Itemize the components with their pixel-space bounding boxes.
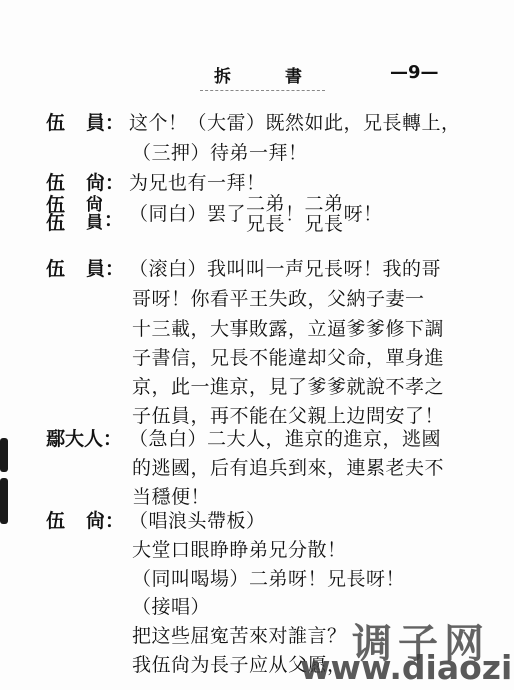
watermark-url: www.diaozi.com [300,648,514,687]
alt-bottom: 兄長 [305,214,344,234]
speaker-name: 尙 [86,196,103,214]
header-title-right: 書 [285,62,302,87]
dialogue-suffix: 呀！ [344,203,383,225]
dialogue-line-stacked: （同白）罢了二弟兄長！二弟兄長呀！ [129,194,383,234]
dialogue-line: 子書信，兄長不能違却父命，單身進 [132,343,444,370]
alt-stack: 二弟兄長 [305,194,344,234]
scanned-page: 拆 書 —9— 伍 員： 这个！（大雷）既然如此，兄長轉上， （三押）待弟一拜！… [0,0,514,690]
speaker-name: 尙： [86,168,124,195]
dialogue-line: 为兄也有一拜！ [129,168,266,195]
dialogue-line: （急白）二大人，進京的進京，逃國 [129,424,441,451]
page-number: —9— [390,62,439,83]
dialogue-line: 京，此一進京，見了爹爹就說不孝之 [132,372,444,399]
speaker-colon: ： [104,205,123,232]
stage-direction: （接唱） [132,592,210,619]
speaker-name: 員 [86,214,103,232]
scan-smudge [0,478,8,524]
dialogue-line: （同叫喝場）二弟呀！兄長呀！ [132,564,405,591]
speaker-stack-surnames: 伍 伍 [46,196,65,232]
speaker-surname: 伍 [46,168,65,195]
speaker-name: 尙： [86,506,124,533]
dialogue-line: 当穩便！ [132,482,210,509]
lyric-line: 大堂口眼睁睁弟兄分散！ [132,535,347,562]
speaker-name: 鄢大人： [46,424,122,451]
speaker-surname: 伍 [46,254,65,281]
dialogue-prefix: （同白）罢了 [129,203,246,225]
dialogue-line: （三押）待弟一拜！ [132,138,308,165]
stage-direction: （唱浪头帶板） [129,506,266,533]
speaker-surname: 伍 [46,108,65,135]
speaker-surname: 伍 [46,214,65,232]
alt-top: 二弟 [246,194,285,214]
speaker-surname: 伍 [46,506,65,533]
dialogue-mid: ！ [285,203,305,225]
alt-bottom: 兄長 [246,214,285,234]
dialogue-line: 十三載，大事敗露，立逼爹爹修下調 [132,314,444,341]
speaker-name: 員： [86,254,124,281]
title-underline [200,86,325,91]
alt-stack: 二弟兄長 [246,194,285,234]
scan-smudge [0,438,8,472]
dialogue-line: 哥呀！你看平王失政，父納子妻一 [132,284,425,311]
page-header: 拆 書 —9— [0,62,514,92]
dialogue-line: 这个！（大雷）既然如此，兄長轉上， [129,108,461,135]
alt-top: 二弟 [305,194,344,214]
header-title-left: 拆 [214,62,231,87]
dialogue-line: 的逃國，后有追兵到來，連累老夫不 [132,453,444,480]
speaker-stack-names: 尙 員 [86,196,103,232]
dialogue-line: （滚白）我叫叫一声兄長呀！我的哥 [129,254,441,281]
lyric-line: 把这些屈寃苦來对誰言？ [132,621,347,648]
speaker-name: 員： [86,108,124,135]
